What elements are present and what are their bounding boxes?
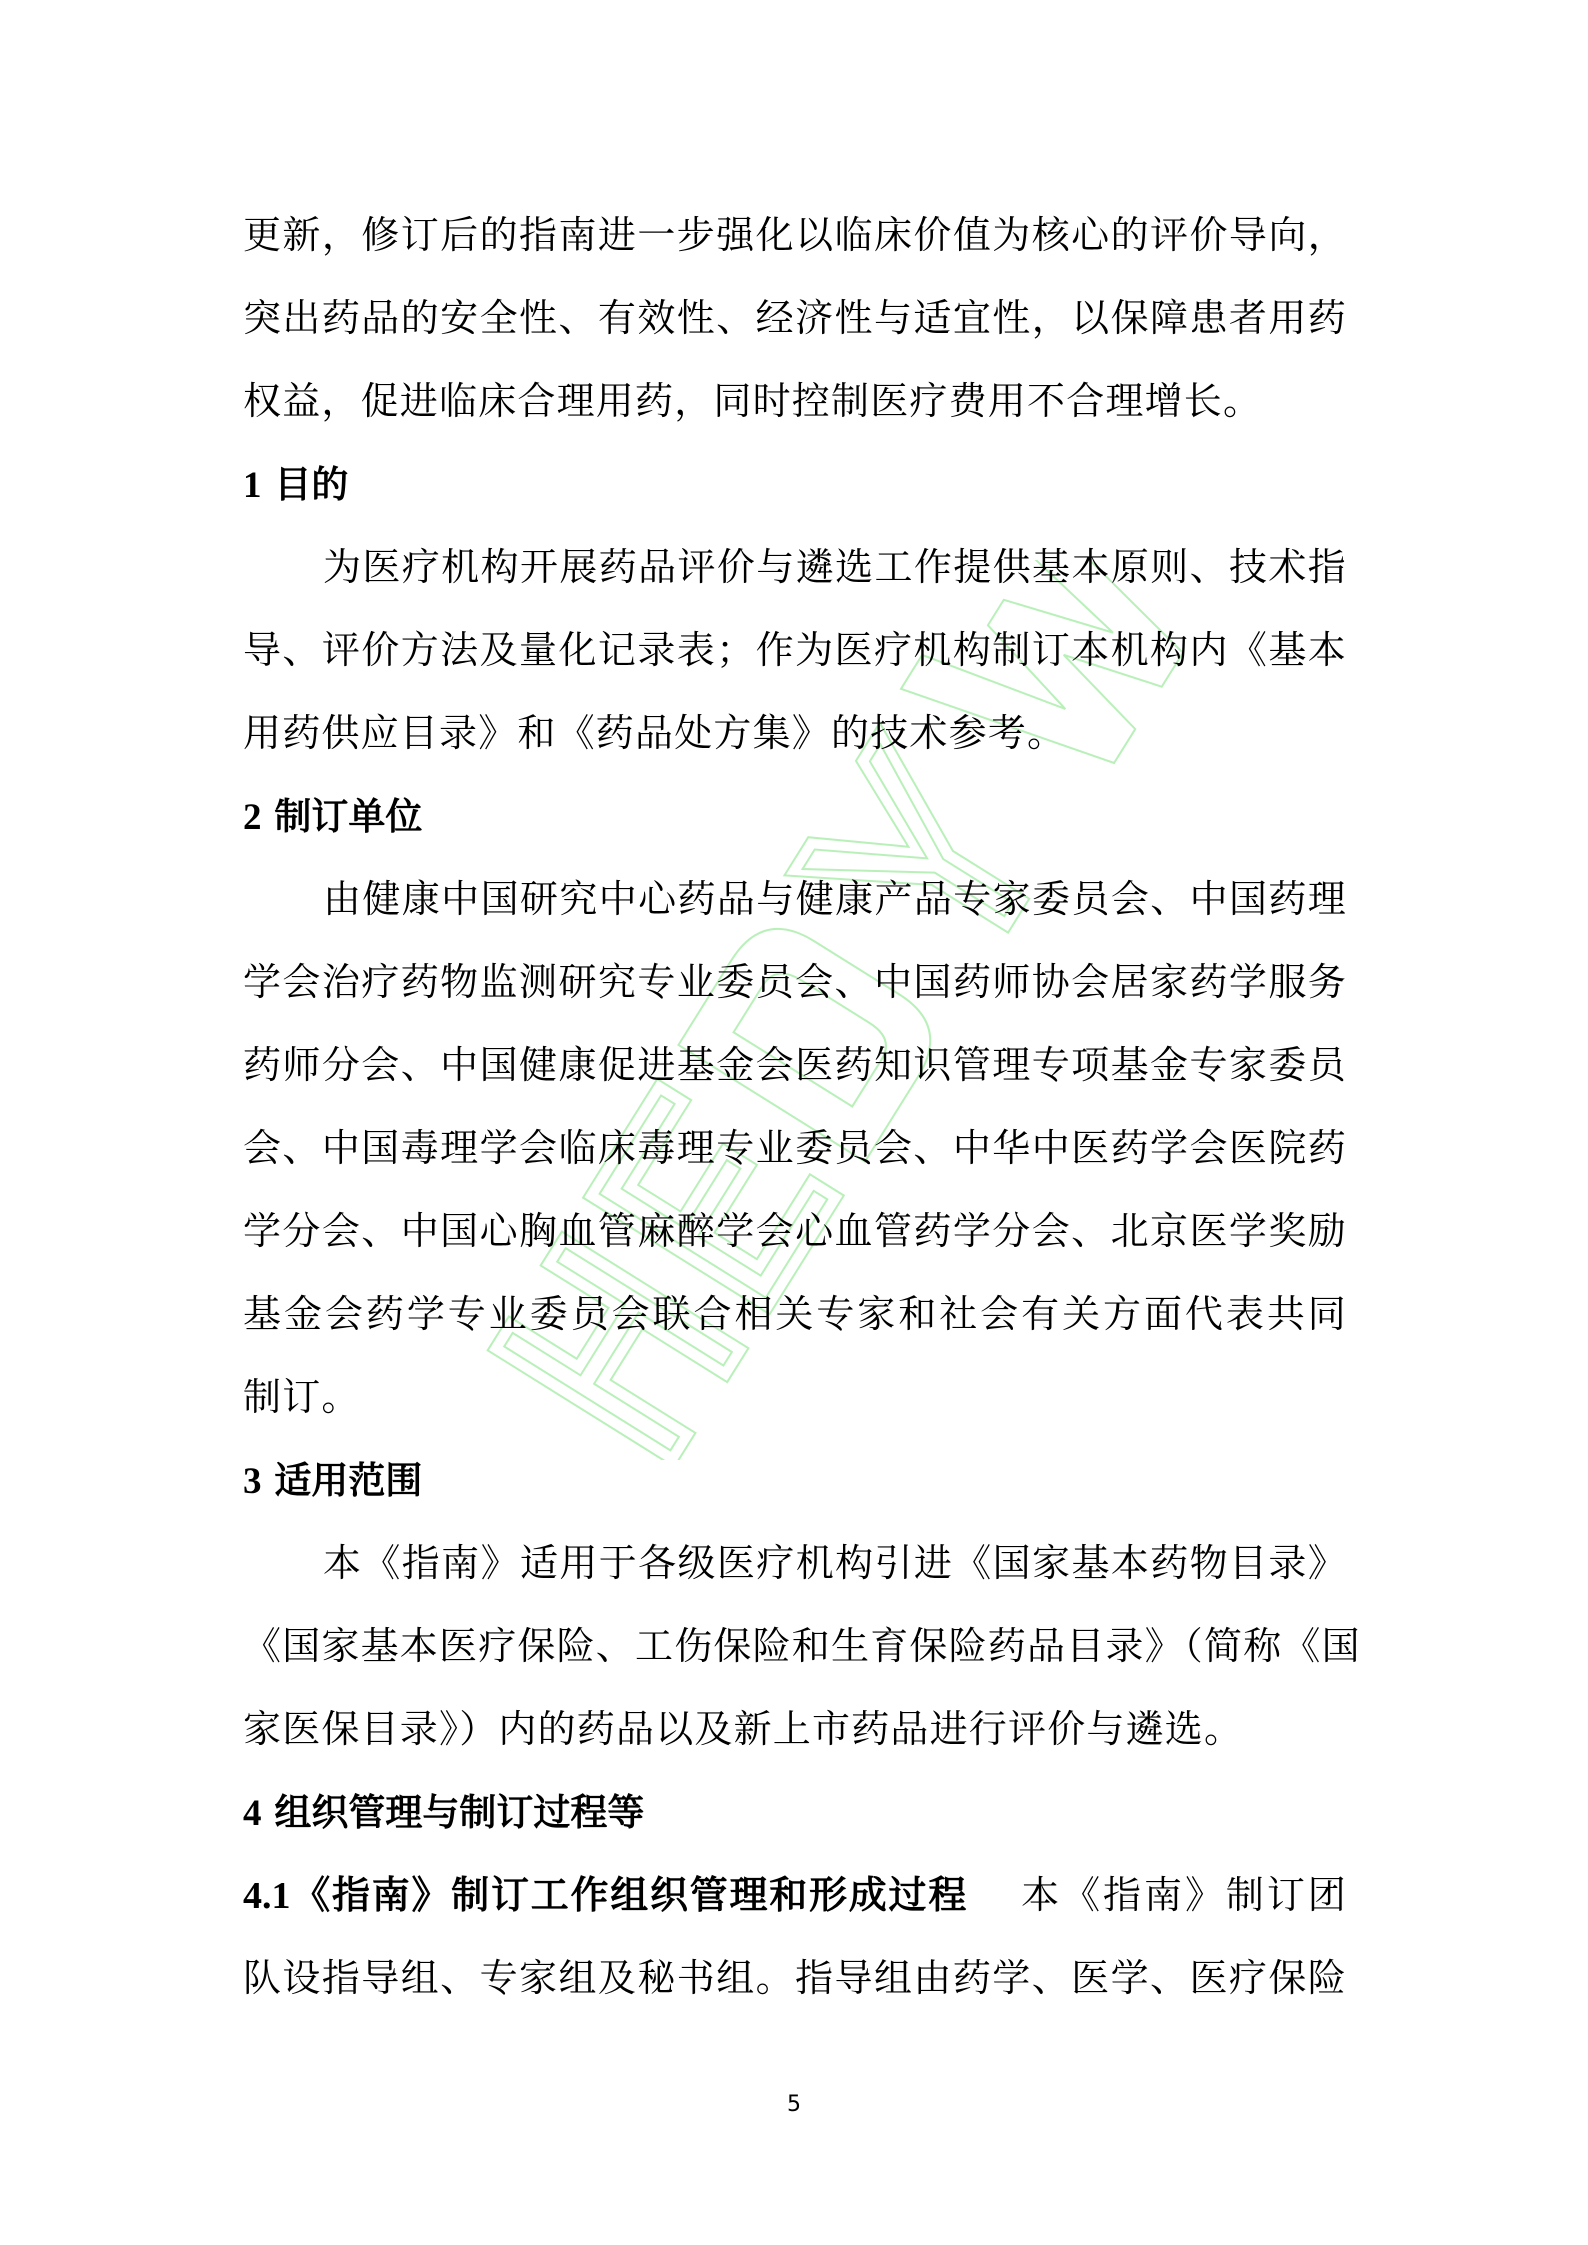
section-title: 目的 [274, 463, 348, 506]
document-body: 更新，修订后的指南进一步强化以临床价值为核心的评价导向， 突出药品的安全性、有效… [243, 194, 1347, 2020]
paragraph-line: 由健康中国研究中心药品与健康产品专家委员会、中国药理 [243, 858, 1347, 941]
section-heading-3: 3 适用范围 [243, 1439, 1347, 1522]
subsection-run-in-text: 本《指南》制订团 [1021, 1873, 1347, 1917]
paragraph-line: 队设指导组、专家组及秘书组。指导组由药学、医学、医疗保险 [243, 1937, 1347, 2020]
paragraph-line: 权益，促进临床合理用药，同时控制医疗费用不合理增长。 [243, 360, 1347, 443]
section-heading-2: 2 制订单位 [243, 775, 1347, 858]
section-heading-4: 4 组织管理与制订过程等 [243, 1771, 1347, 1854]
paragraph-line: 更新，修订后的指南进一步强化以临床价值为核心的评价导向， [243, 194, 1347, 277]
paragraph-line: 本《指南》适用于各级医疗机构引进《国家基本药物目录》 [243, 1522, 1347, 1605]
subsection-number: 4.1 [243, 1875, 291, 1917]
section-number: 2 [243, 797, 262, 838]
section-number: 3 [243, 1461, 262, 1502]
paragraph-line: 基金会药学专业委员会联合相关专家和社会有关方面代表共同 [243, 1273, 1347, 1356]
paragraph-line: 药师分会、中国健康促进基金会医药知识管理专项基金专家委员 [243, 1024, 1347, 1107]
section-number: 4 [243, 1793, 262, 1834]
paragraph-line: 会、中国毒理学会临床毒理专业委员会、中华中医药学会医院药 [243, 1107, 1347, 1190]
subsection-heading: 4.1《指南》制订工作组织管理和形成过程 [243, 1873, 968, 1917]
document-page: 更新，修订后的指南进一步强化以临床价值为核心的评价导向， 突出药品的安全性、有效… [0, 0, 1588, 2245]
subsection-title: 《指南》制订工作组织管理和形成过程 [291, 1873, 969, 1917]
paragraph-line: 突出药品的安全性、有效性、经济性与适宜性，以保障患者用药 [243, 277, 1347, 360]
paragraph-line: 学分会、中国心胸血管麻醉学会心血管药学分会、北京医学奖励 [243, 1190, 1347, 1273]
paragraph-line: 用药供应目录》和《药品处方集》的技术参考。 [243, 692, 1347, 775]
paragraph-line: 学会治疗药物监测研究专业委员会、中国药师协会居家药学服务 [243, 941, 1347, 1024]
paragraph-line: 《国家基本医疗保险、工伤保险和生育保险药品目录》（简称《国 [243, 1605, 1347, 1688]
paragraph-line: 家医保目录》）内的药品以及新上市药品进行评价与遴选。 [243, 1688, 1347, 1771]
paragraph-line: 为医疗机构开展药品评价与遴选工作提供基本原则、技术指 [243, 526, 1347, 609]
section-title: 制订单位 [274, 795, 422, 838]
section-number: 1 [243, 465, 262, 506]
paragraph-line: 导、评价方法及量化记录表；作为医疗机构制订本机构内《基本 [243, 609, 1347, 692]
subsection-line-4-1: 4.1《指南》制订工作组织管理和形成过程 本《指南》制订团 [243, 1854, 1347, 1937]
section-heading-1: 1 目的 [243, 443, 1347, 526]
page-number: 5 [0, 2092, 1588, 2117]
paragraph-line: 制订。 [243, 1356, 1347, 1439]
section-title: 组织管理与制订过程等 [274, 1791, 644, 1834]
section-title: 适用范围 [274, 1459, 422, 1502]
